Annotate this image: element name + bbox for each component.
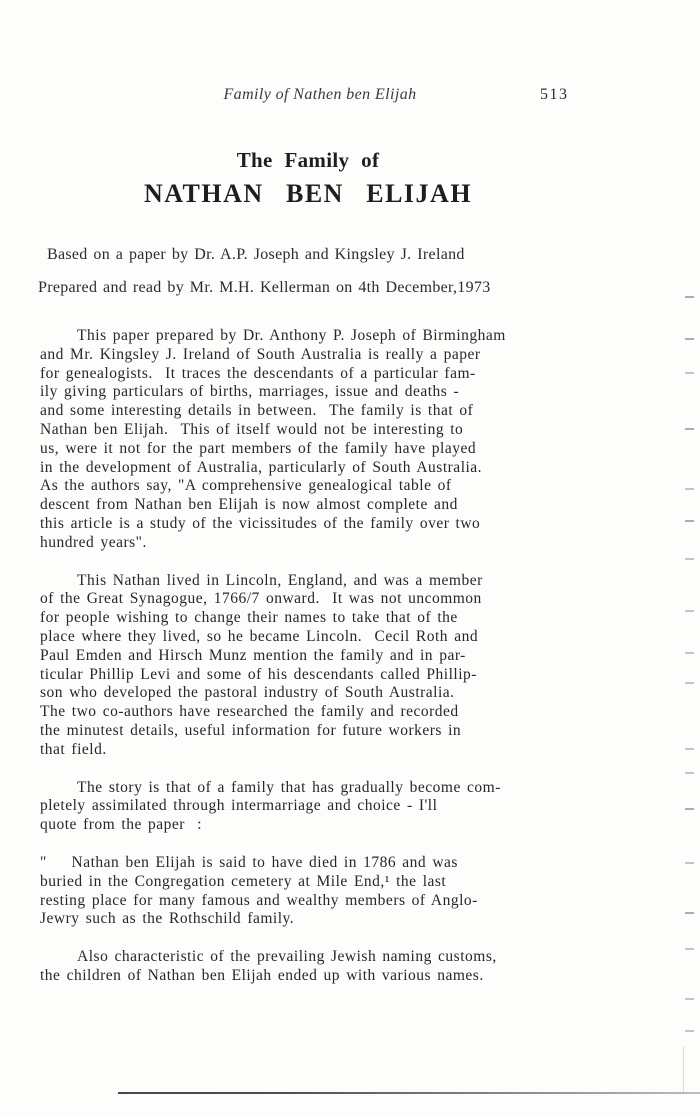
scan-edge-mark	[685, 1030, 694, 1032]
scan-edge-mark	[685, 488, 694, 490]
paragraph-5: Also characteristic of the prevailing Je…	[40, 948, 602, 986]
scanned-document-page: Family of Nathen ben Elijah 513 The Fami…	[0, 0, 700, 1115]
byline-presenter: Prepared and read by Mr. M.H. Kellerman …	[38, 279, 491, 297]
scan-edge-mark	[685, 372, 694, 374]
scan-edge-mark	[685, 998, 694, 1000]
running-head: Family of Nathen ben Elijah	[40, 86, 600, 104]
scan-edge-mark	[685, 862, 694, 864]
scan-edge-mark	[685, 428, 694, 430]
scan-edge-mark	[685, 558, 694, 560]
scan-edge-mark	[685, 748, 694, 750]
scan-edge-mark	[685, 772, 694, 774]
article-title-line2: NATHAN BEN ELIJAH	[28, 179, 588, 209]
scan-edge-mark	[685, 682, 694, 684]
scan-corner-tick	[683, 1046, 684, 1092]
scan-bottom-edge-line	[118, 1092, 700, 1094]
scan-edge-mark	[685, 948, 694, 950]
scan-edge-mark	[685, 912, 694, 914]
running-head-row: Family of Nathen ben Elijah 513	[40, 86, 600, 108]
byline-authors: Based on a paper by Dr. A.P. Joseph and …	[47, 246, 465, 264]
scan-edge-mark	[685, 338, 694, 340]
paragraph-4-quote: " Nathan ben Elijah is said to have died…	[40, 854, 602, 929]
paragraph-1: This paper prepared by Dr. Anthony P. Jo…	[40, 327, 602, 553]
scan-edge-mark	[685, 808, 694, 810]
paragraph-2: This Nathan lived in Lincoln, England, a…	[40, 572, 602, 760]
article-body: This paper prepared by Dr. Anthony P. Jo…	[40, 327, 602, 986]
article-title: The Family of NATHAN BEN ELIJAH	[28, 148, 588, 209]
article-title-line1: The Family of	[28, 148, 588, 173]
scan-edge-mark	[685, 296, 694, 298]
scan-edge-mark	[685, 652, 694, 654]
paragraph-3: The story is that of a family that has g…	[40, 779, 602, 835]
scan-edge-mark	[685, 520, 694, 522]
scan-edge-mark	[685, 610, 694, 612]
page-number: 513	[540, 86, 569, 104]
